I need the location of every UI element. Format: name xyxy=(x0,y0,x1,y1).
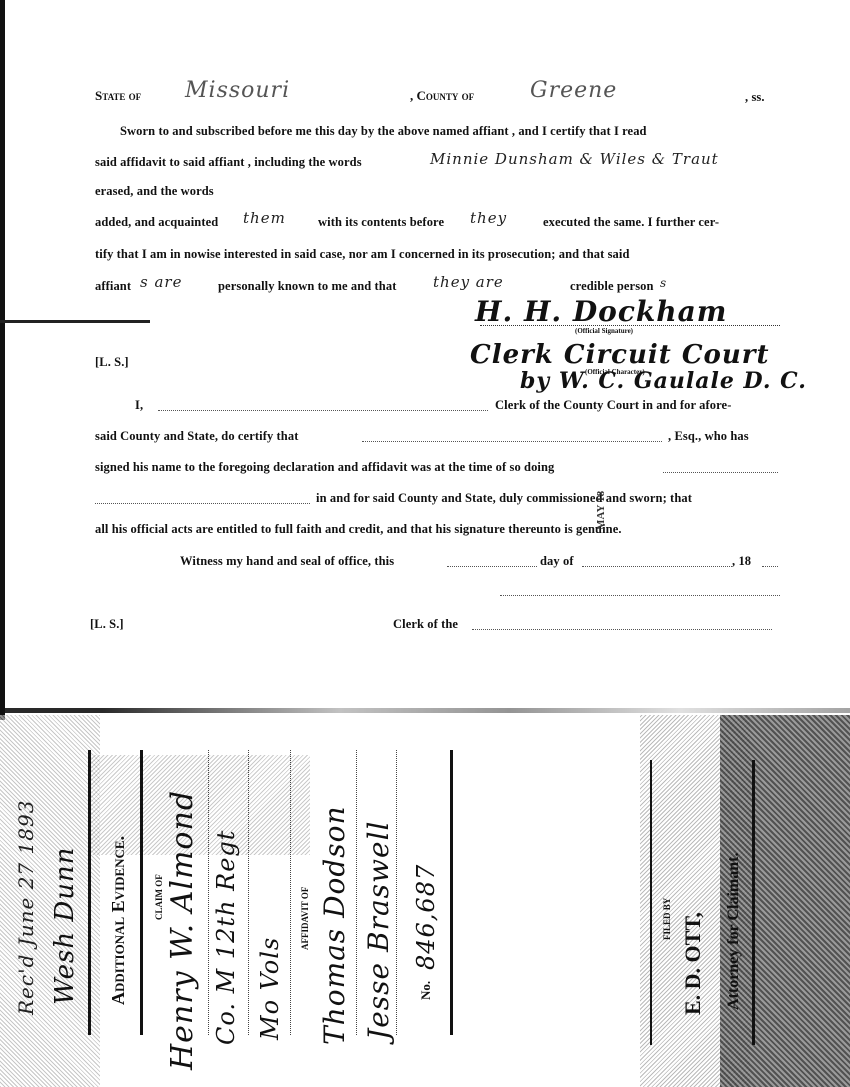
claimant-unit: Co. M 12th Regt xyxy=(212,830,240,1045)
officer-name-blank[interactable] xyxy=(362,429,662,442)
acquainted-whom: them xyxy=(243,209,286,227)
docket-dotted-rule xyxy=(248,750,249,1035)
executed-by: they xyxy=(470,209,507,227)
docket-dotted-rule xyxy=(356,750,357,1035)
person-plural: s xyxy=(660,276,667,290)
jurat-line-6a: affiant xyxy=(95,279,131,294)
cert-line-1a: I, xyxy=(135,398,143,413)
docket-title: Additional Evidence. xyxy=(108,836,129,1005)
jurat-line-2: said affidavit to said affiant , includi… xyxy=(95,155,362,170)
county-value: Greene xyxy=(530,78,617,103)
jurat-line-1: Sworn to and subscribed before me this d… xyxy=(120,124,647,139)
claimant-state: Mo Vols xyxy=(256,937,284,1040)
docket-panel: Rec'd June 27 1893 Wesh Dunn Additional … xyxy=(0,715,850,1087)
docket-rule xyxy=(650,760,652,1045)
docket-rule xyxy=(450,750,453,1035)
jurat-line-6c: credible person xyxy=(570,279,654,294)
seal-mark-1: [L. S.] xyxy=(95,355,129,370)
official-signature: H. H. Dockham xyxy=(475,295,727,328)
fold-shadow xyxy=(0,708,850,713)
cert-line-2b: , Esq., who has xyxy=(668,429,749,444)
jurat-line-4b: with its contents before xyxy=(318,215,444,230)
received-by: Wesh Dunn xyxy=(50,847,80,1005)
witness-line-c: , 18 xyxy=(732,554,751,569)
cert-line-5: all his official acts are entitled to fu… xyxy=(95,522,622,537)
deputy-signature: by W. C. Gaulale D. C. xyxy=(520,368,807,394)
clerk-of-the-label: Clerk of the xyxy=(393,617,458,632)
affidavit-of-label: AFFIDAVIT OF xyxy=(300,887,310,950)
filed-by-label: FILED BY xyxy=(662,898,672,940)
fold-crease xyxy=(0,320,150,323)
docket-rule xyxy=(88,750,91,1035)
attorney-name: E. D. OTT, xyxy=(680,912,706,1015)
state-label: State of xyxy=(95,88,141,104)
year-blank[interactable] xyxy=(762,554,778,567)
erased-words: Minnie Dunsham & Wiles & Traut xyxy=(430,150,719,168)
docket-dotted-rule xyxy=(396,750,397,1035)
cert-line-3: signed his name to the foregoing declara… xyxy=(95,460,554,475)
state-value: Missouri xyxy=(185,78,290,103)
affiant-1: Thomas Dodson xyxy=(318,805,351,1045)
clerk-signature-line[interactable] xyxy=(500,595,780,596)
cert-line-4: in and for said County and State, duly c… xyxy=(316,491,692,506)
page-edge-shadow xyxy=(0,0,5,720)
jurat-line-5: tify that I am in nowise interested in s… xyxy=(95,247,630,262)
court-name-blank[interactable] xyxy=(472,617,772,630)
attorney-title: Attorney for Claimant. xyxy=(725,853,743,1010)
seal-mark-2: [L. S.] xyxy=(90,617,124,632)
docket-rule xyxy=(140,750,143,1035)
docket-dotted-rule xyxy=(208,750,209,1035)
affiant-plural: s are xyxy=(140,273,182,291)
claim-number: 846,687 xyxy=(412,864,440,970)
month-blank[interactable] xyxy=(582,554,732,567)
jurat-line-3: erased, and the words xyxy=(95,184,214,199)
signature-line xyxy=(480,325,780,326)
cert-line-2a: said County and State, do certify that xyxy=(95,429,298,444)
docket-dotted-rule xyxy=(290,750,291,1035)
witness-line-b: day of xyxy=(540,554,574,569)
office-title-blank-2[interactable] xyxy=(95,491,310,504)
claim-of-label: CLAIM OF xyxy=(154,874,164,920)
received-date: Rec'd June 27 1893 xyxy=(14,800,38,1015)
received-stamp: MAY 18 xyxy=(595,491,607,530)
jurat-line-4c: executed the same. I further cer- xyxy=(543,215,719,230)
number-label: No. xyxy=(418,981,434,1000)
witness-line-a: Witness my hand and seal of office, this xyxy=(180,554,394,569)
day-blank[interactable] xyxy=(447,554,537,567)
claimant-name: Henry W. Almond xyxy=(165,790,200,1070)
jurat-line-6b: personally known to me and that xyxy=(218,279,396,294)
they-are: they are xyxy=(433,273,504,291)
jurat-line-4a: added, and acquainted xyxy=(95,215,218,230)
affiant-2: Jesse Braswell xyxy=(362,821,395,1040)
cert-line-1b: Clerk of the County Court in and for afo… xyxy=(495,398,731,413)
county-label: , County of xyxy=(410,88,474,104)
docket-rule xyxy=(752,760,755,1045)
signature-caption: (Official Signature) xyxy=(575,327,633,335)
official-character: Clerk Circuit Court xyxy=(470,340,769,370)
ss-mark: , ss. xyxy=(745,90,765,105)
office-title-blank-1[interactable] xyxy=(663,460,778,473)
clerk-name-blank[interactable] xyxy=(158,398,488,411)
